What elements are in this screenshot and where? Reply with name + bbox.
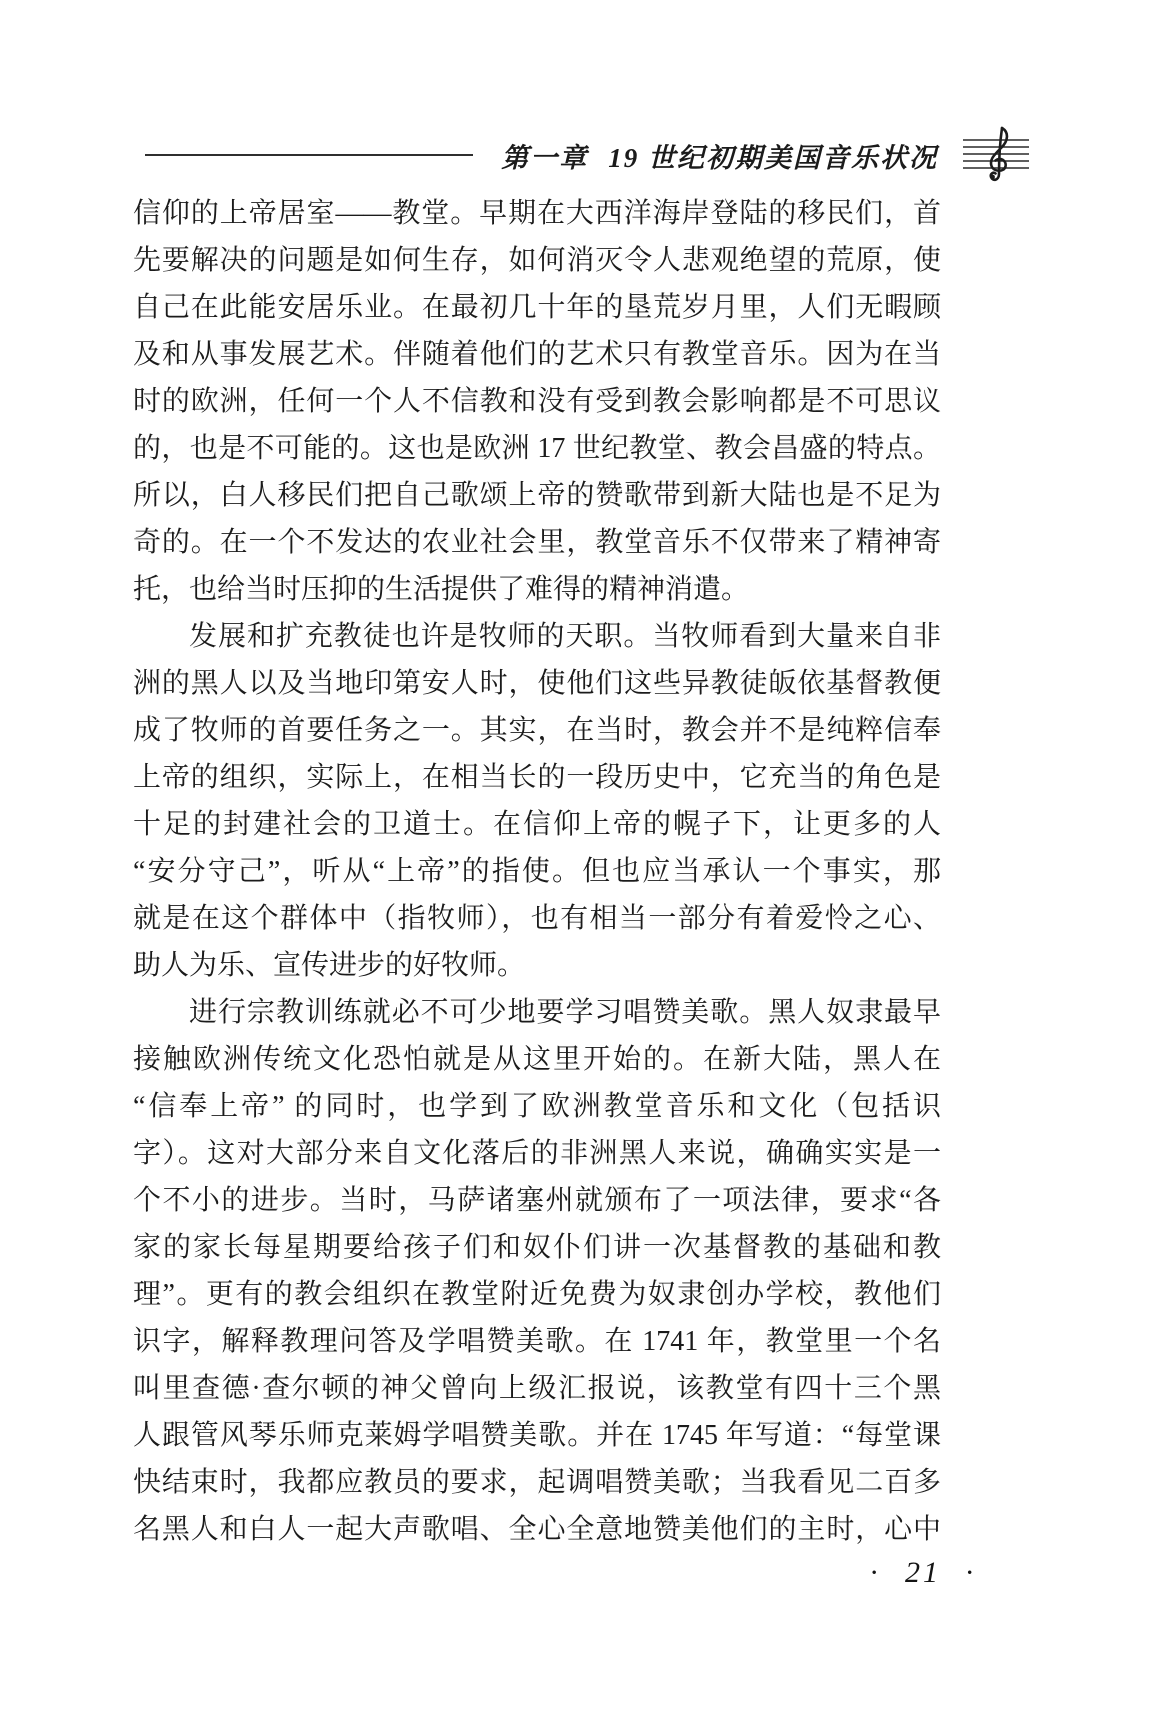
text-line: 自己在此能安居乐业。在最初几十年的垦荒岁月里，人们无暇顾 [133,284,941,331]
text-line: 叫里查德·查尔顿的神父曾向上级汇报说，该教堂有四十三个黑 [133,1365,941,1412]
text-line: 识字，解释教理问答及学唱赞美歌。在 1741 年，教堂里一个名 [133,1318,941,1365]
text-line: 十足的封建社会的卫道士。在信仰上帝的幌子下，让更多的人 [133,801,941,848]
chapter-heading: 第一章19 世纪初期美国音乐状况 [501,136,938,175]
text-line: 理”。更有的教会组织在教堂附近免费为奴隶创办学校，教他们 [133,1271,941,1318]
text-line: 接触欧洲传统文化恐怕就是从这里开始的。在新大陆，黑人在 [133,1036,941,1083]
chapter-label: 第一章 [501,143,588,173]
header-rule [145,154,473,156]
text-line: 先要解决的问题是如何生存，如何消灭令人悲观绝望的荒原，使 [133,237,941,284]
chapter-title: 19 世纪初期美国音乐状况 [608,143,938,173]
text-line: 家的家长每星期要给孩子们和奴仆们讲一次基督教的基础和教 [133,1224,941,1271]
text-line: 信仰的上帝居室——教堂。早期在大西洋海岸登陆的移民们，首 [133,190,941,237]
body-text: 信仰的上帝居室——教堂。早期在大西洋海岸登陆的移民们，首 先要解决的问题是如何生… [133,190,941,1553]
text-line: 个不小的进步。当时，马萨诸塞州就颁布了一项法律，要求“各 [133,1177,941,1224]
treble-clef-staff-icon [962,126,1030,184]
text-line: 快结束时，我都应教员的要求，起调唱赞美歌；当我看见二百多 [133,1459,941,1506]
page-number: · 21 · [870,1556,976,1590]
text-line: 奇的。在一个不发达的农业社会里，教堂音乐不仅带来了精神寄 [133,519,941,566]
clef-dot [990,175,995,180]
text-line: 所以，白人移民们把自己歌颂上帝的赞歌带到新大陆也是不足为 [133,472,941,519]
paragraph: 进行宗教训练就必不可少地要学习唱赞美歌。黑人奴隶最早 接触欧洲传统文化恐怕就是从… [133,989,941,1553]
text-line: 托，也给当时压抑的生活提供了难得的精神消遣。 [133,566,941,613]
paragraph: 发展和扩充教徒也许是牧师的天职。当牧师看到大量来自非 洲的黑人以及当地印第安人时… [133,613,941,989]
text-line: 字）。这对大部分来自文化落后的非洲黑人来说，确确实实是一 [133,1130,941,1177]
text-line: 洲的黑人以及当地印第安人时，使他们这些异教徒皈依基督教便 [133,660,941,707]
text-line: “信奉上帝” 的同时，也学到了欧洲教堂音乐和文化（包括识 [133,1083,941,1130]
paragraph: 信仰的上帝居室——教堂。早期在大西洋海岸登陆的移民们，首 先要解决的问题是如何生… [133,190,941,613]
text-line: 及和从事发展艺术。伴随着他们的艺术只有教堂音乐。因为在当 [133,331,941,378]
text-line: 进行宗教训练就必不可少地要学习唱赞美歌。黑人奴隶最早 [133,989,941,1036]
text-line: 上帝的组织，实际上，在相当长的一段历史中，它充当的角色是 [133,754,941,801]
text-line: 时的欧洲，任何一个人不信教和没有受到教会影响都是不可思议 [133,378,941,425]
text-line: 就是在这个群体中（指牧师），也有相当一部分有着爱怜之心、 [133,895,941,942]
text-line: 助人为乐、宣传进步的好牧师。 [133,942,941,989]
text-line: 人跟管风琴乐师克莱姆学唱赞美歌。并在 1745 年写道：“每堂课 [133,1412,941,1459]
text-line: “安分守己”，听从“上帝”的指使。但也应当承认一个事实，那 [133,848,941,895]
text-line: 成了牧师的首要任务之一。其实，在当时，教会并不是纯粹信奉 [133,707,941,754]
text-line: 发展和扩充教徒也许是牧师的天职。当牧师看到大量来自非 [133,613,941,660]
page-header: 第一章19 世纪初期美国音乐状况 [145,126,1030,184]
text-line: 的，也是不可能的。这也是欧洲 17 世纪教堂、教会昌盛的特点。 [133,425,941,472]
text-line: 名黑人和白人一起大声歌唱、全心全意地赞美他们的主时，心中 [133,1506,941,1553]
book-page: 第一章19 世纪初期美国音乐状况 信仰的上帝居室——教堂。早期在大西洋海岸登陆的… [0,0,1174,1725]
